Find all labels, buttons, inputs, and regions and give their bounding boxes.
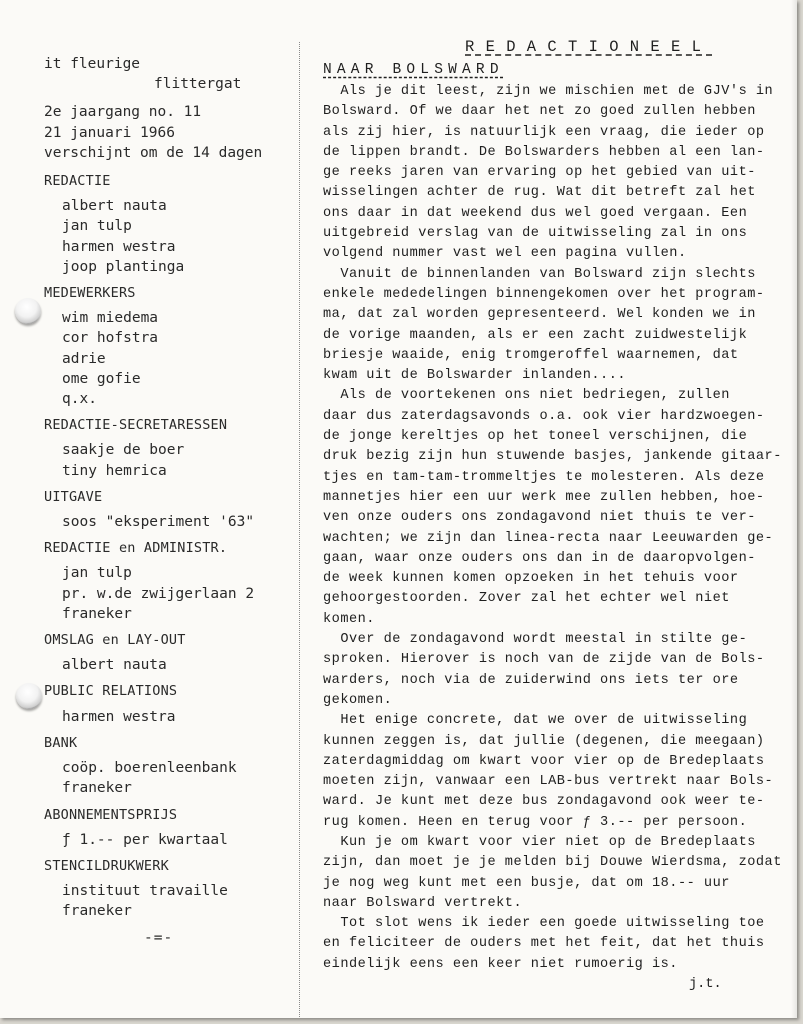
article-line: gehoorgestoorden. Zover zal het echter w…: [323, 589, 763, 609]
colophon-entry: q.x.: [62, 389, 294, 409]
colophon-section: BANKcoöp. boerenleenbankfraneker: [44, 733, 294, 799]
article-line: tjes en tam-tam-trommeltjes te molestere…: [323, 468, 763, 488]
article-line: gaan, waar onze ouders ons dan in de daa…: [323, 549, 763, 569]
article-line: ward. Je kunt met deze bus zondagavond o…: [323, 792, 763, 812]
article-line: warders, noch via de zuiderwind ons iets…: [323, 671, 763, 691]
colophon-heading: REDACTIE en ADMINISTR.: [44, 538, 294, 558]
article-line: enkele mededelingen binnengekomen over h…: [323, 285, 763, 305]
article-signature: j.t.: [689, 977, 763, 992]
colophon-entries: harmen westra: [44, 707, 294, 727]
colophon-entry: instituut travaille: [62, 881, 294, 901]
colophon-heading: REDACTIE-SECRETARESSEN: [44, 415, 294, 435]
colophon-column: it fleurige flittergat 2e jaargang no. 1…: [44, 54, 294, 948]
colophon-entries: coöp. boerenleenbankfraneker: [44, 758, 294, 798]
colophon-heading: UITGAVE: [44, 487, 294, 507]
issue-info-line: verschijnt om de 14 dagen: [44, 143, 294, 163]
colophon-entry: wim miedema: [62, 308, 294, 328]
colophon-entry: pr. w.de zwijgerlaan 2: [62, 584, 294, 604]
article-line: wisselingen achter de rug. Wat dit betre…: [323, 183, 763, 203]
colophon-entry: joop plantinga: [62, 257, 294, 277]
article-line: kwam uit de Bolswarder inlanden....: [323, 366, 763, 386]
colophon-entry: albert nauta: [62, 655, 294, 675]
article-line: naar Bolsward vertrekt.: [323, 894, 763, 914]
article-line: mannetjes hier een uur werk mee zullen h…: [323, 488, 763, 508]
colophon-entry: jan tulp: [62, 216, 294, 236]
colophon-entries: albert nauta: [44, 655, 294, 675]
punch-hole-top: [15, 298, 41, 324]
newsletter-page: it fleurige flittergat 2e jaargang no. 1…: [0, 0, 797, 1018]
article-line: Bolsward. Of we daar het net zo goed zul…: [323, 102, 763, 122]
colophon-entry: ome gofie: [62, 369, 294, 389]
article-line: de jonge kereltjes op het toneel verschi…: [323, 427, 763, 447]
article-title: NAAR BOLSWARD: [323, 62, 763, 78]
article-line: rug komen. Heen en terug voor ƒ 3.-- per…: [323, 813, 763, 833]
article-line: volgend nummer vast wel een pagina vulle…: [323, 244, 763, 264]
colophon-entry: albert nauta: [62, 196, 294, 216]
article-line: Over de zondagavond wordt meestal in sti…: [323, 630, 763, 650]
colophon-entries: saakje de boertiny hemrica: [44, 440, 294, 480]
colophon-entry: harmen westra: [62, 707, 294, 727]
punch-hole-bottom: [16, 683, 42, 709]
editorial-column: REDACTIONEEL NAAR BOLSWARD Als je dit le…: [323, 38, 763, 992]
article-line: en feliciteer de ouders met het feit, da…: [323, 934, 763, 954]
article-paragraph: Over de zondagavond wordt meestal in sti…: [323, 630, 763, 711]
article-line: komen.: [323, 610, 763, 630]
colophon-section: ABONNEMENTSPRIJSƒ 1.-- per kwartaal: [44, 805, 294, 850]
colophon-entry: franeker: [62, 778, 294, 798]
article-line: Vanuit de binnenlanden van Bolsward zijn…: [323, 265, 763, 285]
article-line: eindelijk eens een keer niet rumoerig is…: [323, 955, 763, 975]
article-line: als zij hier, is natuurlijk een vraag, d…: [323, 123, 763, 143]
article-line: Het enige concrete, dat we over de uitwi…: [323, 711, 763, 731]
article-line: Kun je om kwart voor vier niet op de Bre…: [323, 833, 763, 853]
colophon-entry: soos "eksperiment '63": [62, 512, 294, 532]
article-paragraph: Tot slot wens ik ieder een goede uitwiss…: [323, 914, 763, 975]
colophon-heading: OMSLAG en LAY-OUT: [44, 630, 294, 650]
colophon-entries: instituut travaillefraneker: [44, 881, 294, 921]
colophon-entries: wim miedemacor hofstraadrieome gofieq.x.: [44, 308, 294, 409]
article-line: sproken. Hierover is noch van de zijde v…: [323, 650, 763, 670]
article-line: je nog weg kunt met een busje, dat om 18…: [323, 874, 763, 894]
article-line: daar dus zaterdagsavonds o.a. ook vier h…: [323, 407, 763, 427]
article-paragraph: Vanuit de binnenlanden van Bolsward zijn…: [323, 265, 763, 387]
article-paragraph: Kun je om kwart voor vier niet op de Bre…: [323, 833, 763, 914]
colophon-entry: coöp. boerenleenbank: [62, 758, 294, 778]
article-line: uitgebreid verslag van de uitwisseling z…: [323, 224, 763, 244]
colophon-section: UITGAVEsoos "eksperiment '63": [44, 487, 294, 532]
colophon-entry: saakje de boer: [62, 440, 294, 460]
article-line: gekomen.: [323, 691, 763, 711]
article-line: Als de voortekenen ons niet bedriegen, z…: [323, 386, 763, 406]
colophon-heading: PUBLIC RELATIONS: [44, 681, 294, 701]
article-line: de week kunnen komen opzoeken in het teh…: [323, 569, 763, 589]
colophon-section: OMSLAG en LAY-OUTalbert nauta: [44, 630, 294, 675]
issue-info: 2e jaargang no. 1121 januari 1966verschi…: [44, 102, 294, 163]
colophon-heading: BANK: [44, 733, 294, 753]
colophon-section: REDACTIE en ADMINISTR.jan tulppr. w.de z…: [44, 538, 294, 624]
colophon-heading: STENCILDRUKWERK: [44, 856, 294, 876]
article-paragraph: Als de voortekenen ons niet bedriegen, z…: [323, 386, 763, 630]
article-line: ge reeks jaren van ervaring op het gebie…: [323, 163, 763, 183]
column-divider: [299, 42, 300, 1017]
article-line: Tot slot wens ik ieder een goede uitwiss…: [323, 914, 763, 934]
colophon-section: MEDEWERKERSwim miedemacor hofstraadrieom…: [44, 283, 294, 409]
article-line: briesje waaide, enig tromgeroffel waarne…: [323, 346, 763, 366]
article-line: wachten; we zijn dan linea-recta naar Le…: [323, 529, 763, 549]
colophon-heading: MEDEWERKERS: [44, 283, 294, 303]
article-line: moeten zijn, vanwaar een LAB-bus vertrek…: [323, 772, 763, 792]
article-line: de vorige maanden, als er een zacht zuid…: [323, 326, 763, 346]
article-line: Als je dit leest, zijn we mischien met d…: [323, 82, 763, 102]
colophon-entry: franeker: [62, 604, 294, 624]
colophon-entry: cor hofstra: [62, 328, 294, 348]
colophon-entry: harmen westra: [62, 237, 294, 257]
article-line: ons daar in dat weekend dus wel goed ver…: [323, 204, 763, 224]
colophon-heading: REDACTIE: [44, 171, 294, 191]
colophon-list: REDACTIEalbert nautajan tulpharmen westr…: [44, 171, 294, 922]
issue-info-line: 21 januari 1966: [44, 123, 294, 143]
colophon-entry: ƒ 1.-- per kwartaal: [62, 830, 294, 850]
colophon-entries: ƒ 1.-- per kwartaal: [44, 830, 294, 850]
colophon-entry: adrie: [62, 349, 294, 369]
colophon-section: PUBLIC RELATIONSharmen westra: [44, 681, 294, 726]
colophon-heading: ABONNEMENTSPRIJS: [44, 805, 294, 825]
masthead-title-line1: it fleurige: [44, 54, 294, 74]
colophon-section: STENCILDRUKWERKinstituut travaillefranek…: [44, 856, 294, 922]
colophon-entry: franeker: [62, 901, 294, 921]
article-body: Als je dit leest, zijn we mischien met d…: [323, 82, 763, 975]
colophon-section: REDACTIE-SECRETARESSENsaakje de boertiny…: [44, 415, 294, 481]
colophon-entries: albert nautajan tulpharmen westrajoop pl…: [44, 196, 294, 277]
colophon-section: REDACTIEalbert nautajan tulpharmen westr…: [44, 171, 294, 277]
colophon-entries: jan tulppr. w.de zwijgerlaan 2franeker: [44, 563, 294, 624]
article-line: de lippen brandt. De Bolswarders hebben …: [323, 143, 763, 163]
article-paragraph: Het enige concrete, dat we over de uitwi…: [323, 711, 763, 833]
colophon-end-mark: -=-: [144, 928, 294, 948]
article-line: ma, dat zal worden gepresenteerd. Wel ko…: [323, 305, 763, 325]
article-line: zaterdagmiddag om kwart voor vier op de …: [323, 752, 763, 772]
masthead-title-line2: flittergat: [154, 74, 294, 94]
issue-info-line: 2e jaargang no. 11: [44, 102, 294, 122]
article-line: druk bezig zijn hun stuwende basjes, jan…: [323, 447, 763, 467]
article-line: ven onze ouders ons zondagavond niet thu…: [323, 508, 763, 528]
colophon-entry: tiny hemrica: [62, 461, 294, 481]
article-line: zijn, dan moet je je melden bij Douwe Wi…: [323, 853, 763, 873]
colophon-entry: jan tulp: [62, 563, 294, 583]
section-title: REDACTIONEEL: [465, 38, 763, 56]
article-line: kunnen zeggen is, dat jullie (degenen, d…: [323, 732, 763, 752]
colophon-entries: soos "eksperiment '63": [44, 512, 294, 532]
article-paragraph: Als je dit leest, zijn we mischien met d…: [323, 82, 763, 265]
